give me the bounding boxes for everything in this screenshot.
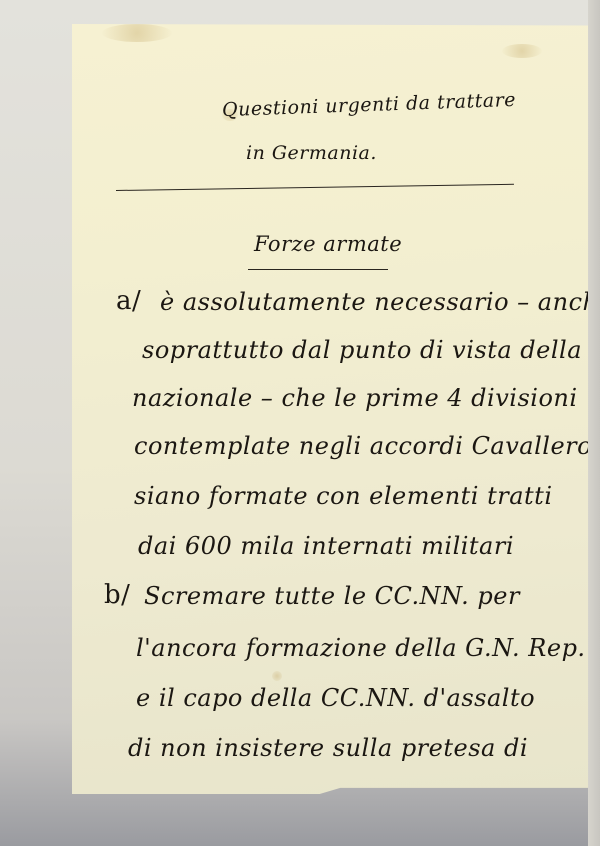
paper-stain — [102, 24, 172, 42]
header-line-2: in Germania. — [246, 142, 377, 164]
item-b-line: di non insistere sulla pretesa di — [128, 734, 528, 762]
paper-stain — [272, 671, 282, 681]
item-a-line: dai 600 mila internati militari — [138, 532, 514, 560]
item-b-line: l'ancora formazione della G.N. Rep. — [136, 634, 586, 662]
header-line-1: Questioni urgenti da trattare — [222, 89, 517, 121]
item-a-line: siano formate con elementi tratti — [134, 482, 553, 510]
item-b-marker: b/ — [104, 580, 130, 610]
separator-rule — [116, 184, 514, 191]
item-a-line: soprattutto dal punto di vista della dig… — [142, 336, 600, 364]
letter-sheet: Questioni urgenti da trattare in Germani… — [72, 24, 588, 794]
item-a-line: contemplate negli accordi Cavallero — [134, 432, 592, 460]
item-b-line: Scremare tutte le CC.NN. per — [144, 582, 520, 610]
section-heading: Forze armate — [254, 232, 402, 256]
item-a-marker: a/ — [116, 286, 141, 316]
item-b-line: e il capo della CC.NN. d'assalto — [136, 684, 535, 712]
background-surface — [588, 0, 600, 846]
heading-underline — [248, 269, 388, 270]
item-a-line: è assolutamente necessario – anche e — [160, 288, 600, 316]
item-a-line: nazionale – che le prime 4 divisioni — [132, 384, 578, 412]
paper-stain — [502, 44, 542, 58]
